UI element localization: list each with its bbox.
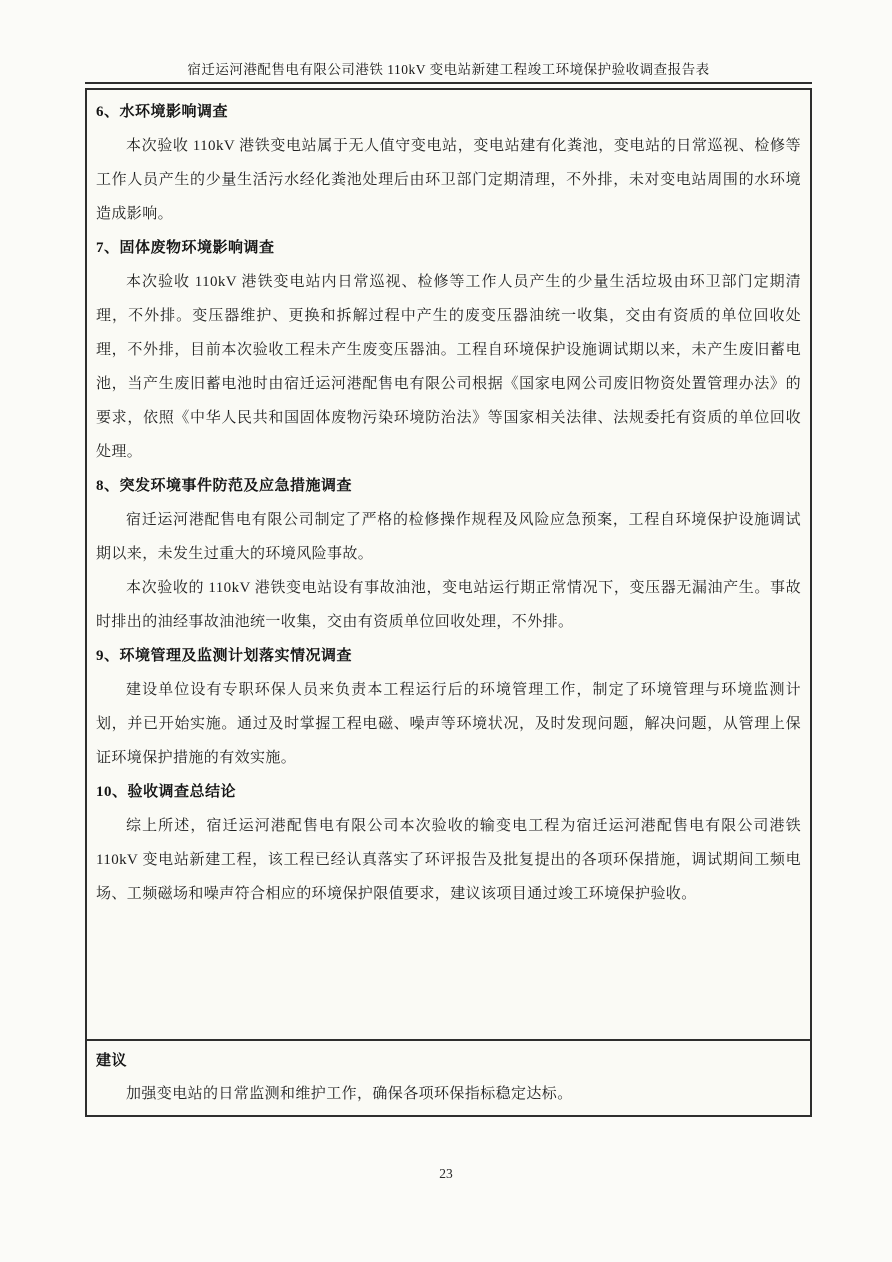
suggestion-body: 加强变电站的日常监测和维护工作，确保各项环保指标稳定达标。 — [96, 1077, 801, 1111]
page-number: 23 — [0, 1166, 892, 1182]
section-emergency-measures: 8、突发环境事件防范及应急措施调查 宿迁运河港配售电有限公司制定了严格的检修操作… — [96, 469, 801, 639]
header-title: 宿迁运河港配售电有限公司港铁 110kV 变电站新建工程竣工环境保护验收调查报告… — [85, 58, 812, 78]
section-heading: 6、水环境影响调查 — [96, 95, 801, 129]
section-heading: 7、固体废物环境影响调查 — [96, 231, 801, 265]
section-environment-management: 9、环境管理及监测计划落实情况调查 建设单位设有专职环保人员来负责本工程运行后的… — [96, 639, 801, 775]
document-page: { "page": { "header_title": "宿迁运河港配售电有限公… — [0, 0, 892, 1262]
section-solid-waste: 7、固体废物环境影响调查 本次验收 110kV 港铁变电站内日常巡视、检修等工作… — [96, 231, 801, 469]
section-water-environment: 6、水环境影响调查 本次验收 110kV 港铁变电站属于无人值守变电站，变电站建… — [96, 95, 801, 231]
section-conclusion: 10、验收调查总结论 综上所述，宿迁运河港配售电有限公司本次验收的输变电工程为宿… — [96, 775, 801, 911]
suggestion-row: 建议 加强变电站的日常监测和维护工作，确保各项环保指标稳定达标。 — [87, 1041, 810, 1115]
section-paragraph: 本次验收 110kV 港铁变电站属于无人值守变电站，变电站建有化粪池，变电站的日… — [96, 129, 801, 231]
section-paragraph: 本次验收的 110kV 港铁变电站设有事故油池，变电站运行期正常情况下，变压器无… — [96, 571, 801, 639]
section-heading: 8、突发环境事件防范及应急措施调查 — [96, 469, 801, 503]
section-paragraph: 建设单位设有专职环保人员来负责本工程运行后的环境管理工作，制定了环境管理与环境监… — [96, 673, 801, 775]
section-heading: 9、环境管理及监测计划落实情况调查 — [96, 639, 801, 673]
header-underline-divider — [85, 82, 812, 84]
report-table-main-row: 6、水环境影响调查 本次验收 110kV 港铁变电站属于无人值守变电站，变电站建… — [87, 90, 810, 1041]
section-paragraph: 本次验收 110kV 港铁变电站内日常巡视、检修等工作人员产生的少量生活垃圾由环… — [96, 265, 801, 469]
suggestion-heading: 建议 — [96, 1045, 801, 1077]
report-table: 6、水环境影响调查 本次验收 110kV 港铁变电站属于无人值守变电站，变电站建… — [85, 88, 812, 1117]
section-paragraph: 综上所述，宿迁运河港配售电有限公司本次验收的输变电工程为宿迁运河港配售电有限公司… — [96, 809, 801, 911]
section-paragraph: 宿迁运河港配售电有限公司制定了严格的检修操作规程及风险应急预案，工程自环境保护设… — [96, 503, 801, 571]
section-heading: 10、验收调查总结论 — [96, 775, 801, 809]
